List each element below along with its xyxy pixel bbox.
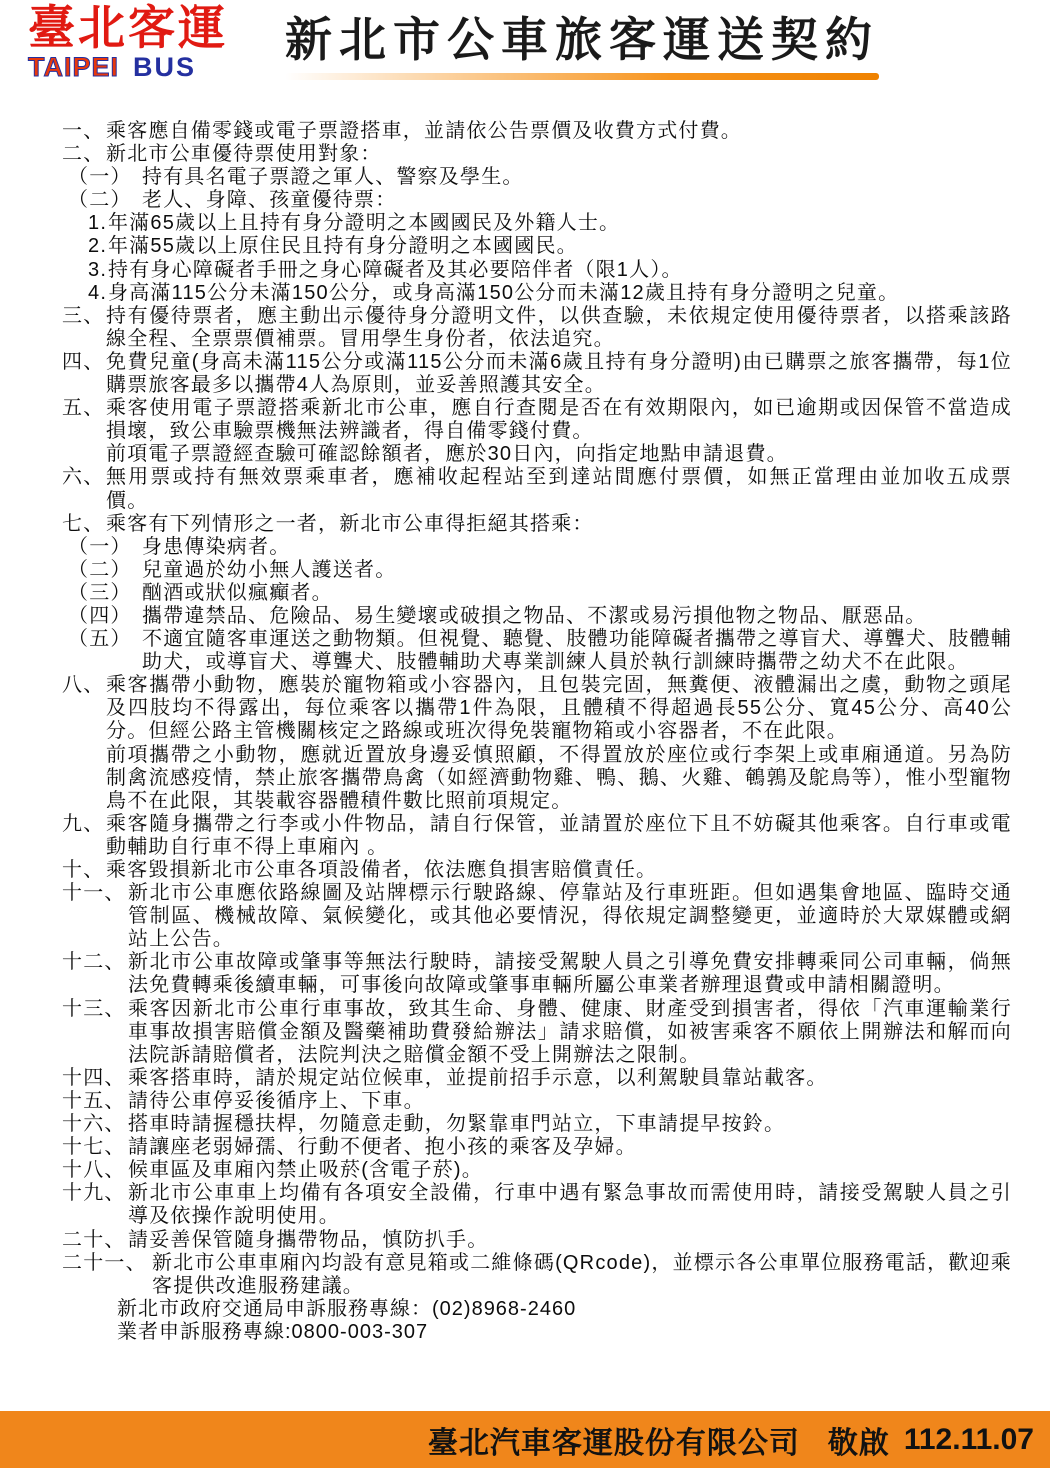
terms-list: 一、乘客應自備零錢或電子票證搭車，並請依公告票價及收費方式付費。 二、新北市公車… (62, 120, 1012, 1344)
term-text: 請待公車停妥後循序上、下車。 (128, 1090, 425, 1112)
term-text: 候車區及車廂內禁止吸菸(含電子菸)。 (128, 1159, 483, 1181)
term-text: 持有身心障礙者手冊之身心障礙者及其必要陪伴者（限1人）。 (108, 259, 683, 281)
term-text: 新北市公車應依路線圖及站牌標示行駛路線、停靠站及行車班距。但如遇集會地區、臨時交… (128, 882, 1012, 950)
term-number-label: 二十、 (62, 1229, 126, 1252)
term-item: 2.年滿55歲以上原住民且持有身分證明之本國國民。 (62, 235, 1012, 258)
term-number-label: 四、 (62, 351, 104, 374)
term-number-label: 2. (88, 235, 107, 258)
term-item: 前項攜帶之小動物，應就近置放身邊妥慎照顧，不得置放於座位或行李架上或車廂通道。另… (62, 744, 1012, 813)
footer-company-name: 臺北汽車客運股份有限公司 (428, 1418, 800, 1462)
page-title: 新北市公車旅客運送契約 (285, 10, 879, 70)
term-item: （二）兒童過於幼小無人護送者。 (62, 559, 1012, 582)
term-text: 請妥善保管隨身攜帶物品，慎防扒手。 (128, 1229, 488, 1251)
term-text: 年滿65歲以上且持有身分證明之本國國民及外籍人士。 (108, 212, 620, 234)
term-number-label: （二） (68, 559, 132, 582)
title-underline (285, 73, 879, 80)
term-text: 免費兒童(身高未滿115公分或滿115公分而未滿6歲且持有身分證明)由已購票之旅… (106, 351, 1012, 396)
term-text: 新北市公車車廂內均設有意見箱或二維條碼(QRcode)，並標示各公車單位服務電話… (152, 1252, 1012, 1297)
term-number-label: 十八、 (62, 1159, 126, 1182)
term-number-label: 五、 (62, 397, 104, 420)
term-text: 持有具名電子票證之軍人、警察及學生。 (142, 166, 524, 188)
term-number-label: 4. (88, 282, 107, 305)
term-text: 乘客隨身攜帶之行李或小件物品，請自行保管，並請置於座位下且不妨礙其他乘客。自行車… (106, 813, 1012, 858)
term-item: 二、新北市公車優待票使用對象： (62, 143, 1012, 166)
term-item: 八、乘客攜帶小動物，應裝於寵物箱或小容器內，且包裝完固，無糞便、液體漏出之虞，動… (62, 674, 1012, 743)
footer-date: 112.11.07 (904, 1423, 1034, 1457)
term-item: （一）身患傳染病者。 (62, 536, 1012, 559)
term-item: 十、乘客毀損新北市公車各項設備者，依法應負損害賠償責任。 (62, 859, 1012, 882)
term-item: 十七、請讓座老弱婦孺、行動不便者、抱小孩的乘客及孕婦。 (62, 1136, 1012, 1159)
footer-bar: 臺北汽車客運股份有限公司 敬啟 112.11.07 (0, 1411, 1050, 1468)
term-item: 十六、搭車時請握穩扶桿，勿隨意走動，勿緊靠車門站立，下車請提早按鈴。 (62, 1113, 1012, 1136)
term-item: （一）持有具名電子票證之軍人、警察及學生。 (62, 166, 1012, 189)
term-number-label: 十七、 (62, 1136, 126, 1159)
term-text: 無用票或持有無效票乘車者，應補收起程站至到達站間應付票價，如無正當理由並加收五成… (106, 466, 1012, 511)
term-text: 乘客攜帶小動物，應裝於寵物箱或小容器內，且包裝完固，無糞便、液體漏出之虞，動物之… (106, 674, 1012, 742)
term-number-label: （三） (68, 582, 132, 605)
term-text: 酗酒或狀似瘋癲者。 (142, 582, 333, 604)
term-item: 十五、請待公車停妥後循序上、下車。 (62, 1090, 1012, 1113)
term-number-label: 七、 (62, 513, 104, 536)
term-number-label: 十四、 (62, 1067, 126, 1090)
term-item: 二十一、新北市公車車廂內均設有意見箱或二維條碼(QRcode)，並標示各公車單位… (62, 1252, 1012, 1298)
term-number-label: （一） (68, 536, 132, 559)
term-text: 搭車時請握穩扶桿，勿隨意走動，勿緊靠車門站立，下車請提早按鈴。 (128, 1113, 785, 1135)
term-number-label: （五） (68, 628, 132, 651)
title-block: 新北市公車旅客運送契約 (285, 10, 879, 80)
term-item: 六、無用票或持有無效票乘車者，應補收起程站至到達站間應付票價，如無正當理由並加收… (62, 466, 1012, 512)
term-text: 業者申訴服務專線:0800-003-307 (117, 1321, 428, 1343)
term-number-label: 十三、 (62, 998, 126, 1021)
term-item: （五）不適宜隨客車運送之動物類。但視覺、聽覺、肢體功能障礙者攜帶之導盲犬、導聾犬… (62, 628, 1012, 674)
term-item: 一、乘客應自備零錢或電子票證搭車，並請依公告票價及收費方式付費。 (62, 120, 1012, 143)
taipei-bus-logo: 臺北客運 TAIPEI BUS (28, 2, 268, 83)
term-item: 七、乘客有下列情形之一者，新北市公車得拒絕其搭乘： (62, 513, 1012, 536)
term-number-label: 三、 (62, 305, 104, 328)
term-text: 乘客應自備零錢或電子票證搭車，並請依公告票價及收費方式付費。 (106, 120, 742, 142)
term-number-label: 1. (88, 212, 107, 235)
term-text: 攜帶違禁品、危險品、易生變壞或破損之物品、不潔或易污損他物之物品、厭惡品。 (142, 605, 926, 627)
term-item: 十八、候車區及車廂內禁止吸菸(含電子菸)。 (62, 1159, 1012, 1182)
term-number-label: 3. (88, 259, 107, 282)
term-number-label: 十、 (62, 859, 104, 882)
logo-word-taipei: TAIPEI (28, 52, 119, 83)
term-number-label: （四） (68, 605, 132, 628)
term-text: 不適宜隨客車運送之動物類。但視覺、聽覺、肢體功能障礙者攜帶之導盲犬、導聾犬、肢體… (142, 628, 1012, 673)
term-number-label: （一） (68, 166, 132, 189)
document-header: 臺北客運 TAIPEI BUS 新北市公車旅客運送契約 (0, 0, 1050, 110)
term-text: 前項電子票證經查驗可確認餘額者，應於30日內，向指定地點申請退費。 (106, 443, 788, 465)
term-number-label: 六、 (62, 466, 104, 489)
term-text: 年滿55歲以上原住民且持有身分證明之本國國民。 (108, 235, 578, 257)
term-number-label: 十五、 (62, 1090, 126, 1113)
term-text: 兒童過於幼小無人護送者。 (142, 559, 396, 581)
term-item: 十九、新北市公車車上均備有各項安全設備，行車中遇有緊急事故而需使用時，請接受駕駛… (62, 1182, 1012, 1228)
term-text: 乘客毀損新北市公車各項設備者，依法應負損害賠償責任。 (106, 859, 657, 881)
term-text: 身患傳染病者。 (142, 536, 290, 558)
term-item: 3.持有身心障礙者手冊之身心障礙者及其必要陪伴者（限1人）。 (62, 259, 1012, 282)
logo-english-text: TAIPEI BUS (28, 52, 268, 83)
term-item: 前項電子票證經查驗可確認餘額者，應於30日內，向指定地點申請退費。 (62, 443, 1012, 466)
term-number-label: 十二、 (62, 951, 126, 974)
term-number-label: 十一、 (62, 882, 126, 905)
term-number-label: 一、 (62, 120, 104, 143)
term-item: （二）老人、身障、孩童優待票： (62, 189, 1012, 212)
term-item: 十二、新北市公車故障或肇事等無法行駛時，請接受駕駛人員之引導免費安排轉乘同公司車… (62, 951, 1012, 997)
term-item: 二十、請妥善保管隨身攜帶物品，慎防扒手。 (62, 1229, 1012, 1252)
term-item: 十一、新北市公車應依路線圖及站牌標示行駛路線、停靠站及行車班距。但如遇集會地區、… (62, 882, 1012, 951)
term-text: 老人、身障、孩童優待票： (142, 189, 396, 211)
term-text: 乘客使用電子票證搭乘新北市公車，應自行查閱是否在有效期限內，如已逾期或因保管不當… (106, 397, 1012, 442)
term-text: 前項攜帶之小動物，應就近置放身邊妥慎照顧，不得置放於座位或行李架上或車廂通道。另… (106, 744, 1012, 812)
term-text: 新北市公車故障或肇事等無法行駛時，請接受駕駛人員之引導免費安排轉乘同公司車輛，倘… (128, 951, 1012, 996)
term-item: 十四、乘客搭車時，請於規定站位候車，並提前招手示意，以利駕駛員靠站載客。 (62, 1067, 1012, 1090)
term-item: 九、乘客隨身攜帶之行李或小件物品，請自行保管，並請置於座位下且不妨礙其他乘客。自… (62, 813, 1012, 859)
term-text: 乘客搭車時，請於規定站位候車，並提前招手示意，以利駕駛員靠站載客。 (128, 1067, 828, 1089)
term-item: 五、乘客使用電子票證搭乘新北市公車，應自行查閱是否在有效期限內，如已逾期或因保管… (62, 397, 1012, 443)
term-item: 四、免費兒童(身高未滿115公分或滿115公分而未滿6歲且持有身分證明)由已購票… (62, 351, 1012, 397)
term-item: （四）攜帶違禁品、危險品、易生變壞或破損之物品、不潔或易污損他物之物品、厭惡品。 (62, 605, 1012, 628)
footer-salute: 敬啟 (828, 1418, 890, 1462)
term-item: 三、持有優待票者，應主動出示優待身分證明文件，以供查驗，未依規定使用優待票者，以… (62, 305, 1012, 351)
term-number-label: 二、 (62, 143, 104, 166)
term-text: 請讓座老弱婦孺、行動不便者、抱小孩的乘客及孕婦。 (128, 1136, 637, 1158)
term-number-label: 九、 (62, 813, 104, 836)
term-item: 業者申訴服務專線:0800-003-307 (62, 1321, 1012, 1344)
term-text: 新北市公車優待票使用對象： (106, 143, 382, 165)
term-number-label: 十九、 (62, 1182, 126, 1205)
term-item: 4.身高滿115公分未滿150公分，或身高滿150公分而未滿12歲且持有身分證明… (62, 282, 1012, 305)
term-text: 持有優待票者，應主動出示優待身分證明文件，以供查驗，未依規定使用優待票者，以搭乘… (106, 305, 1012, 350)
term-text: 乘客因新北市公車行車事故，致其生命、身體、健康、財產受到損害者，得依「汽車運輸業… (128, 998, 1012, 1066)
term-number-label: （二） (68, 189, 132, 212)
logo-chinese-text: 臺北客運 (28, 2, 268, 54)
term-item: （三）酗酒或狀似瘋癲者。 (62, 582, 1012, 605)
term-item: 十三、乘客因新北市公車行車事故，致其生命、身體、健康、財產受到損害者，得依「汽車… (62, 998, 1012, 1067)
term-text: 新北市公車車上均備有各項安全設備，行車中遇有緊急事故而需使用時，請接受駕駛人員之… (128, 1182, 1012, 1227)
term-number-label: 八、 (62, 674, 104, 697)
term-number-label: 十六、 (62, 1113, 126, 1136)
logo-word-bus: BUS (133, 52, 196, 83)
term-text: 新北市政府交通局申訴服務專線：(02)8968-2460 (117, 1298, 576, 1320)
term-text: 身高滿115公分未滿150公分，或身高滿150公分而未滿12歲且持有身分證明之兒… (108, 282, 899, 304)
term-item: 1.年滿65歲以上且持有身分證明之本國國民及外籍人士。 (62, 212, 1012, 235)
term-number-label: 二十一、 (62, 1252, 147, 1275)
term-text: 乘客有下列情形之一者，新北市公車得拒絕其搭乘： (106, 513, 594, 535)
term-item: 新北市政府交通局申訴服務專線：(02)8968-2460 (62, 1298, 1012, 1321)
